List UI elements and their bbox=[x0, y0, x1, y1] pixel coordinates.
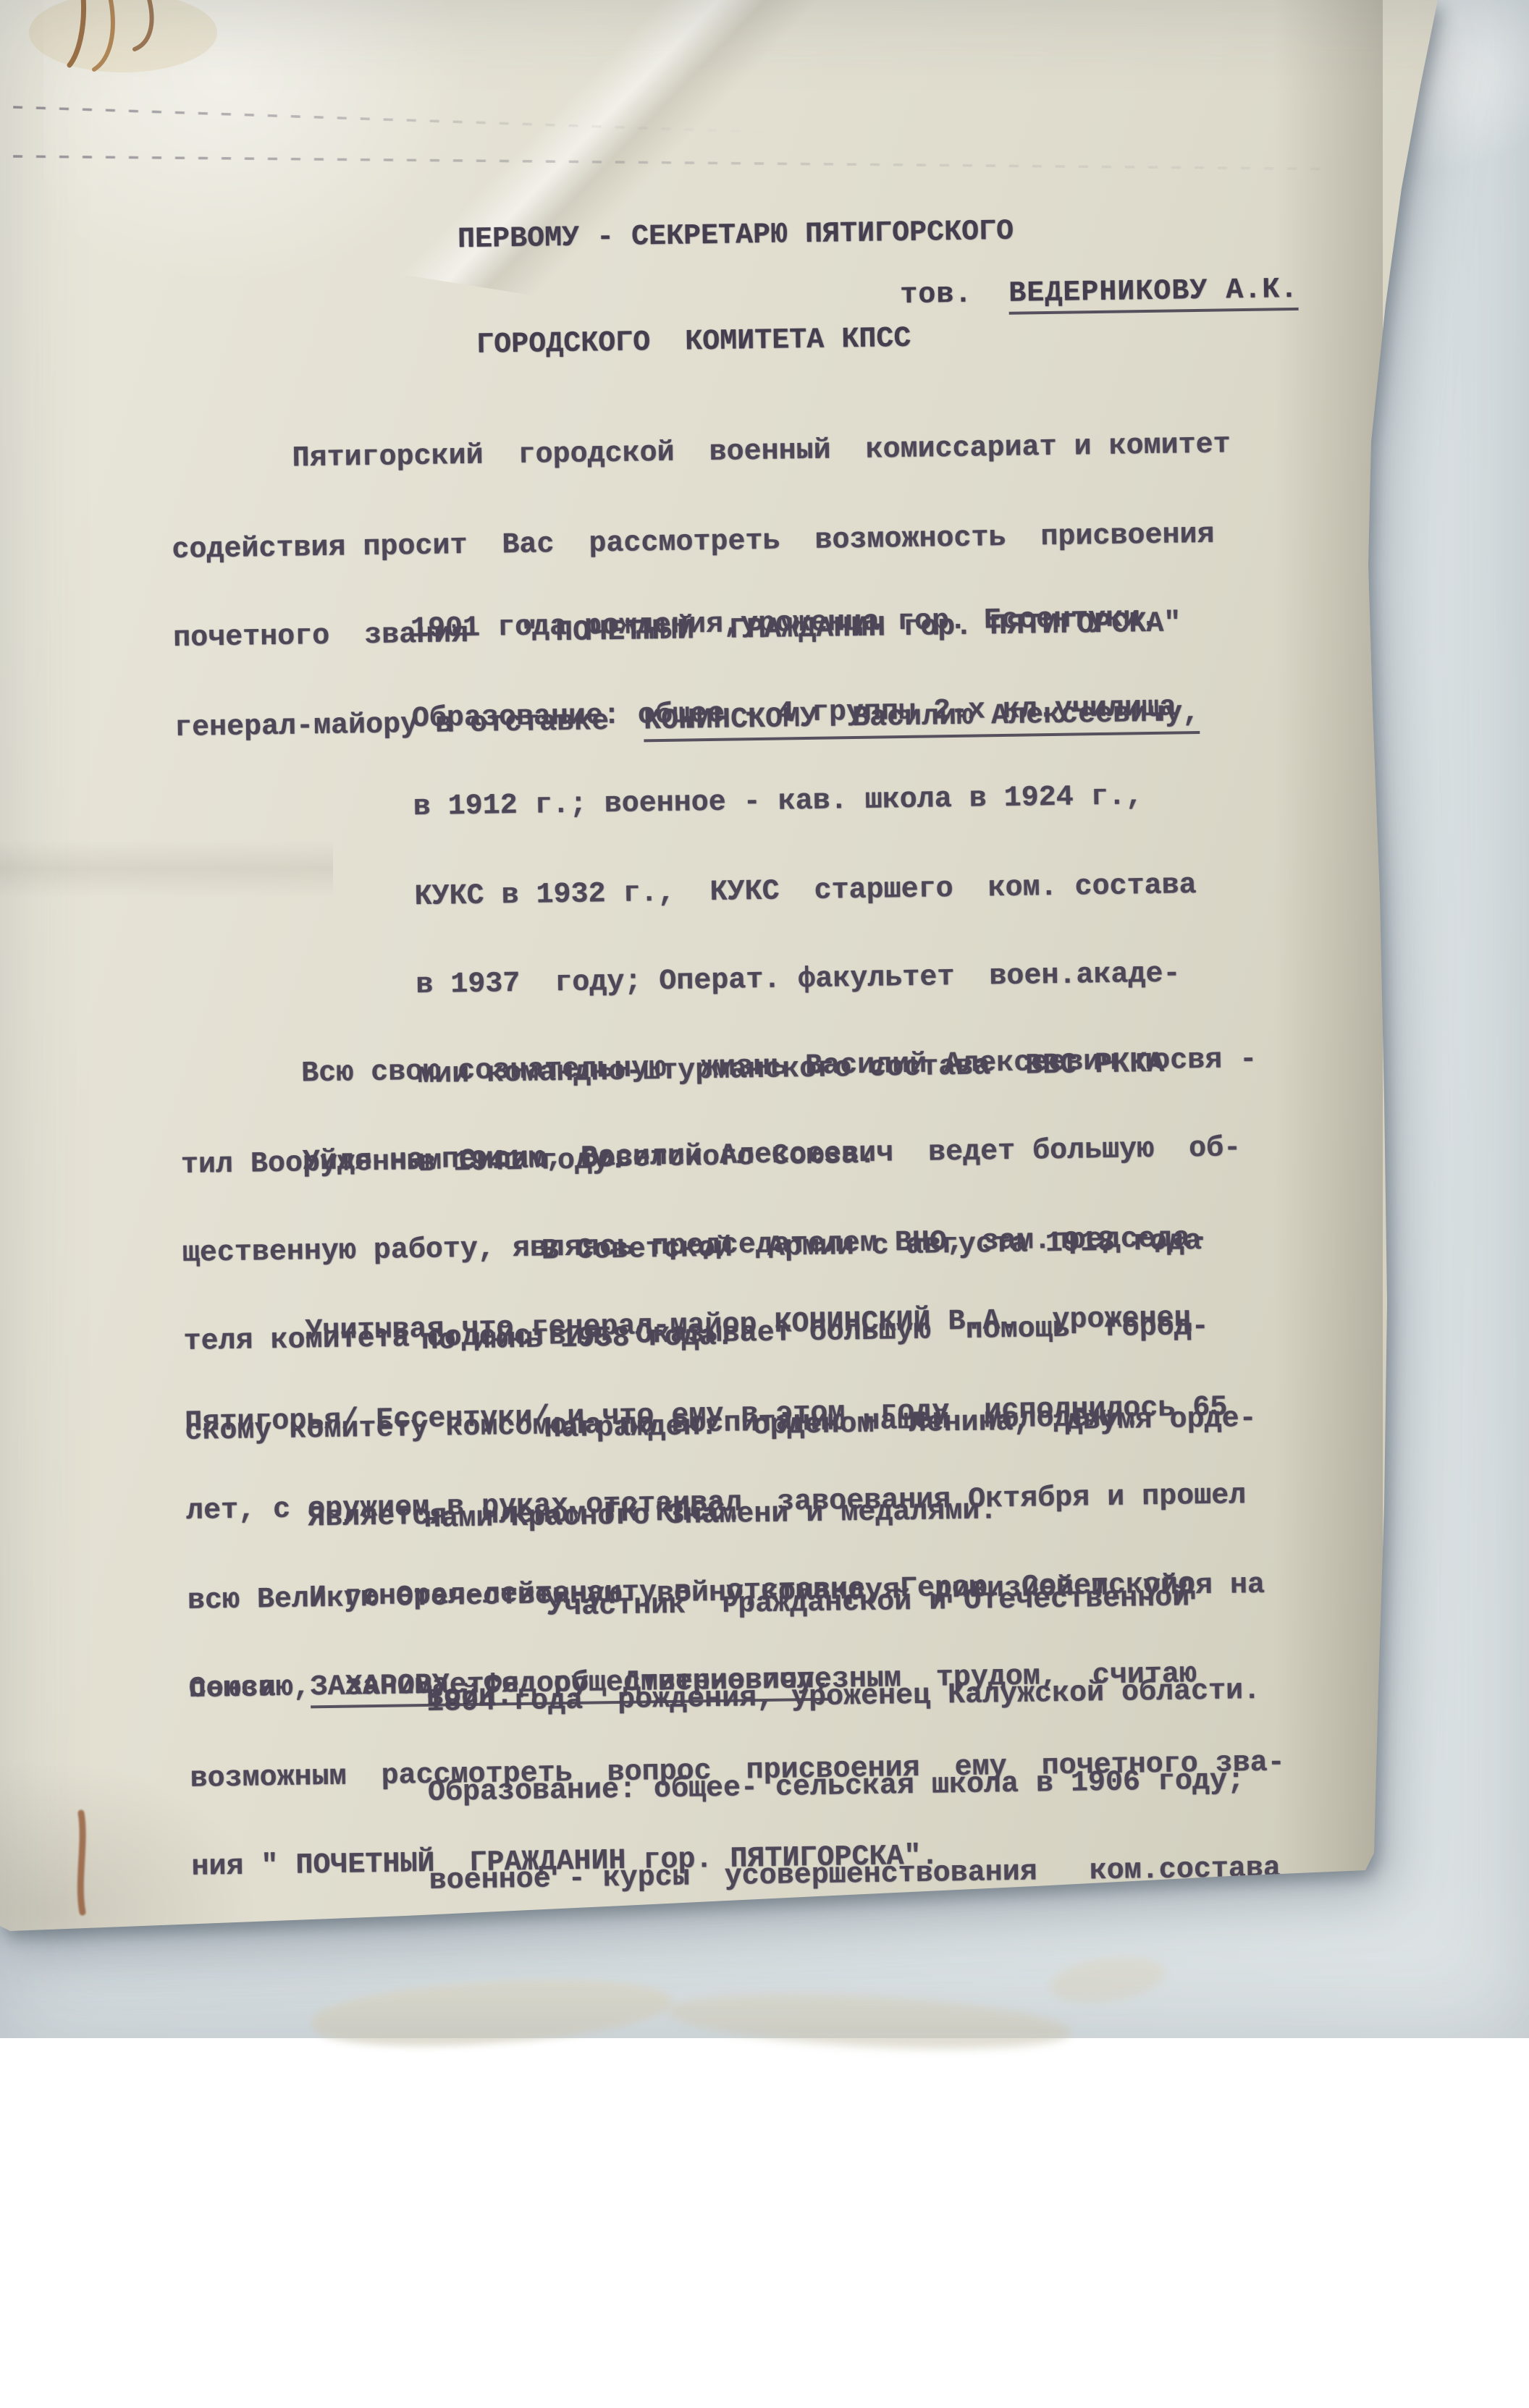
typed-line: 1901 года рождения,уроженца гор. Ессенту… bbox=[410, 602, 1245, 644]
underlined-name: ВЕДЕРНИКОВУ А.К. bbox=[1008, 274, 1299, 315]
typed-line: в 1912 г.; военное - кав. школа в 1924 г… bbox=[413, 780, 1247, 822]
typed-line: КУКС в 1932 г., КУКС старшего ком. соста… bbox=[414, 870, 1249, 912]
typed-line: Образование: общее- сельская школа в 190… bbox=[428, 1765, 1315, 1808]
typewritten-text-layer: ПЕРВОМУ - СЕКРЕТАРЮ ПЯТИГОРСКОГО ГОРОДСК… bbox=[0, 0, 1529, 2038]
typed-line: Учитывая,что генерал-майор КОНИНСКИЙ В.А… bbox=[183, 1302, 1279, 1348]
typed-line: 1894 года рождения, уроженец Калужской о… bbox=[426, 1676, 1313, 1718]
typed-line: Пятигорья/ Ессентуки/ и что ему в этом г… bbox=[185, 1392, 1280, 1437]
photo-backdrop: ПЕРВОМУ - СЕКРЕТАРЮ ПЯТИГОРСКОГО ГОРОДСК… bbox=[0, 0, 1529, 2038]
addressee-name-line: тов. ВЕДЕРНИКОВУ А.К. bbox=[718, 245, 1299, 343]
typed-line: И генерал-лейтенанту в отставке, Герою С… bbox=[188, 1570, 1196, 1615]
typed-line: Уйдя на пенсию, Василий Алексеевич ведет… bbox=[181, 1133, 1242, 1179]
typed-text: тов. bbox=[900, 278, 1009, 312]
biography-zakharov: 1894 года рождения, уроженец Калужской о… bbox=[426, 1616, 1323, 2038]
typed-line: Пятигорский городской военный комиссариа… bbox=[170, 430, 1231, 476]
typed-text: Союза bbox=[188, 1671, 311, 1705]
typed-line: военное - курсы усовершенствования ком.с… bbox=[429, 1854, 1315, 1896]
document-paper: ПЕРВОМУ - СЕКРЕТАРЮ ПЯТИГОРСКОГО ГОРОДСК… bbox=[0, 0, 1529, 2038]
paper-shadow-wrap: ПЕРВОМУ - СЕКРЕТАРЮ ПЯТИГОРСКОГО ГОРОДСК… bbox=[0, 0, 1529, 2038]
typed-line: Образование: общее - 4 группы 2-х кл.учи… bbox=[412, 692, 1247, 734]
typed-line: ПЕРВОМУ - СЕКРЕТАРЮ ПЯТИГОРСКОГО bbox=[458, 214, 1014, 251]
